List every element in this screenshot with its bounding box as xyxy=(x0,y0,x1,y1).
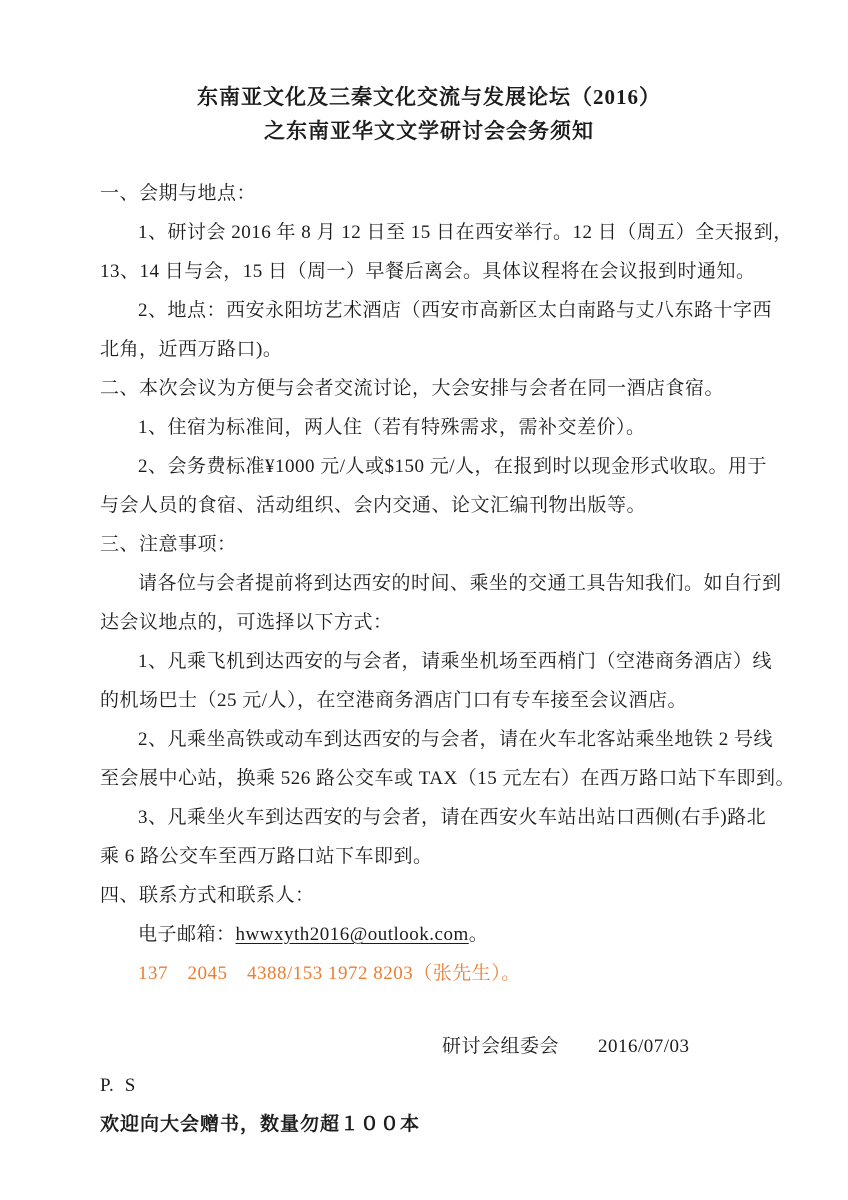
gift-note-line: 欢迎向大会赠书，数量勿超１００本 xyxy=(100,1105,758,1144)
text-run: 。 xyxy=(469,924,489,945)
body-line: 乘 6 路公交车至西万路口站下车即到。 xyxy=(100,837,758,876)
body-line: 13、14 日与会，15 日（周一）早餐后离会。具体议程将在会议报到时通知。 xyxy=(100,252,758,291)
body-line: 北角，近西万路口)。 xyxy=(100,330,758,369)
section-2-heading: 二、本次会议为方便与会者交流讨论，大会安排与会者在同一酒店食宿。 xyxy=(100,369,758,408)
body-line: 3、凡乘坐火车到达西安的与会者，请在西安火车站出站口西侧(右手)路北 xyxy=(100,798,758,837)
body-line: 1、研讨会 2016 年 8 月 12 日至 15 日在西安举行。12 日（周五… xyxy=(100,213,758,252)
ps-line: P. S xyxy=(100,1066,758,1105)
title-line-1: 东南亚文化及三秦文化交流与发展论坛（2016） xyxy=(100,80,758,114)
body-line: 1、住宿为标准间，两人住（若有特殊需求，需补交差价）。 xyxy=(100,408,758,447)
email-address-link[interactable]: hwwxyth2016@outlook.com xyxy=(236,924,469,945)
body-line: 1、凡乘飞机到达西安的与会者，请乘坐机场至西梢门（空港商务酒店）线 xyxy=(100,642,758,681)
title-line-2: 之东南亚华文文学研讨会会务须知 xyxy=(100,114,758,148)
body-line: 请各位与会者提前将到达西安的时间、乘坐的交通工具告知我们。如自行到 xyxy=(100,564,758,603)
body-line: 的机场巴士（25 元/人），在空港商务酒店门口有专车接至会议酒店。 xyxy=(100,681,758,720)
document-page: 东南亚文化及三秦文化交流与发展论坛（2016） 之东南亚华文文学研讨会会务须知 … xyxy=(0,0,848,1200)
contact-phone-line: 137 2045 4388/153 1972 8203（张先生）。 xyxy=(100,954,758,993)
text-run: 电子邮箱： xyxy=(138,924,236,945)
document-title: 东南亚文化及三秦文化交流与发展论坛（2016） 之东南亚华文文学研讨会会务须知 xyxy=(100,80,758,148)
section-4-heading: 四、联系方式和联系人： xyxy=(100,876,758,915)
body-line: 与会人员的食宿、活动组织、会内交通、论文汇编刊物出版等。 xyxy=(100,486,758,525)
document-body: 一、会期与地点：1、研讨会 2016 年 8 月 12 日至 15 日在西安举行… xyxy=(100,174,758,1144)
body-line: 2、凡乘坐高铁或动车到达西安的与会者，请在火车北客站乘坐地铁 2 号线 xyxy=(100,720,758,759)
body-line: 2、会务费标准¥1000 元/人或$150 元/人，在报到时以现金形式收取。用于 xyxy=(100,447,758,486)
contact-email-line: 电子邮箱：hwwxyth2016@outlook.com。 xyxy=(100,915,758,954)
body-line: 达会议地点的，可选择以下方式： xyxy=(100,603,758,642)
body-line: 2、地点：西安永阳坊艺术酒店（西安市高新区太白南路与丈八东路十字西 xyxy=(100,291,758,330)
section-3-heading: 三、注意事项： xyxy=(100,525,758,564)
section-1-heading: 一、会期与地点： xyxy=(100,174,758,213)
body-line: 至会展中心站，换乘 526 路公交车或 TAX（15 元左右）在西万路口站下车即… xyxy=(100,759,758,798)
signature-line: 研讨会组委会 2016/07/03 xyxy=(100,1027,758,1066)
